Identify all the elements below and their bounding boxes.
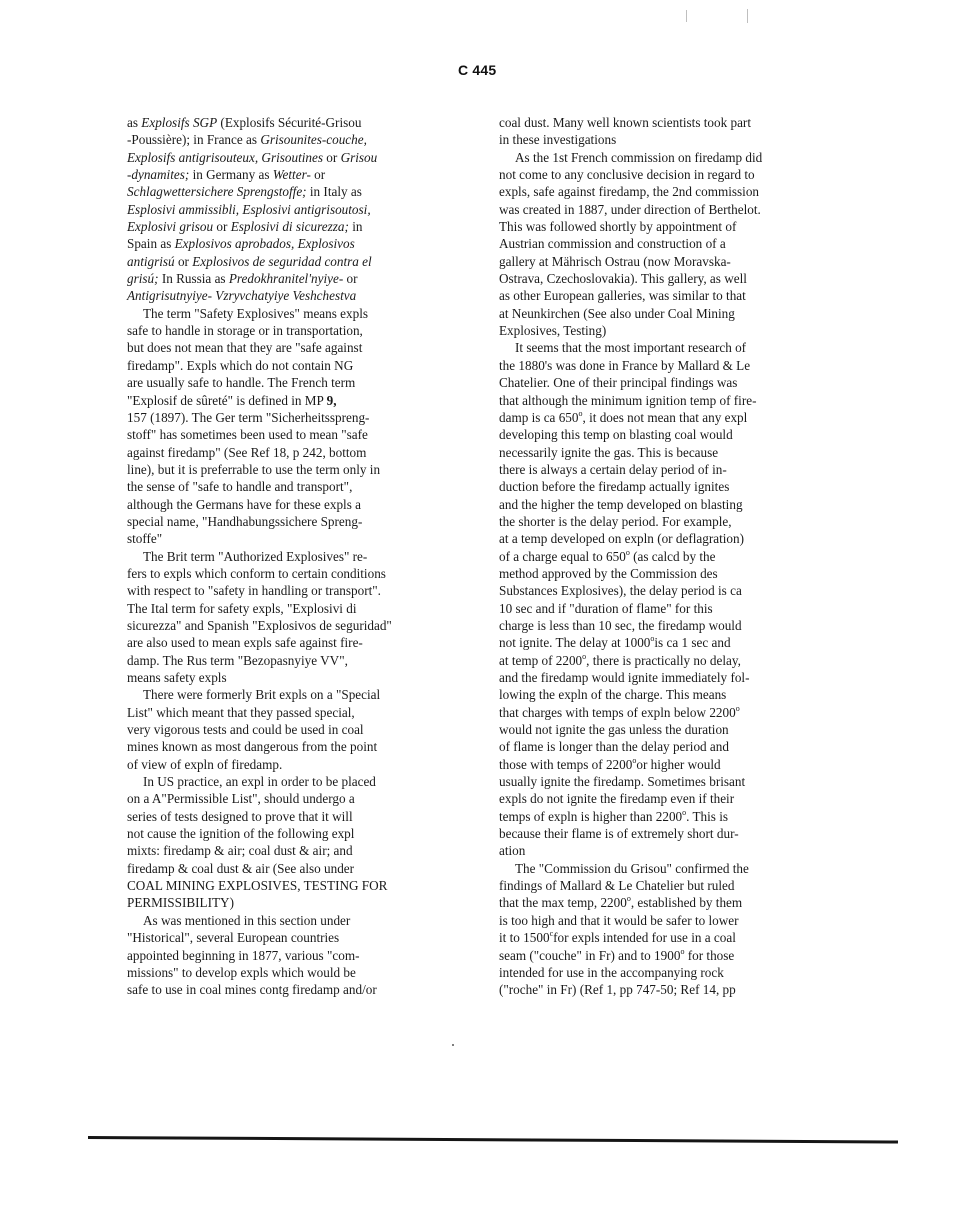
text-line: List" which meant that they passed speci… — [127, 704, 467, 721]
text-line: firedamp & coal dust & air (See also und… — [127, 860, 467, 877]
text-segment: as other European galleries, was similar… — [499, 288, 746, 303]
text-segment: at temp of 2200 — [499, 653, 582, 668]
text-segment: -dynamites; — [127, 167, 189, 182]
text-segment: "Explosif de sûreté" is defined in MP — [127, 393, 327, 408]
text-segment: not ignite. The delay at 1000 — [499, 635, 650, 650]
text-line: It seems that the most important researc… — [499, 339, 835, 356]
text-segment: damp is ca 650 — [499, 410, 578, 425]
text-segment: on a A"Permissible List", should undergo… — [127, 791, 355, 806]
text-line: COAL MINING EXPLOSIVES, TESTING FOR — [127, 877, 467, 894]
text-segment: Grisounites-couche, — [260, 132, 367, 147]
text-segment: The "Commission du Grisou" confirmed the — [515, 861, 749, 876]
text-segment: that charges with temps of expln below 2… — [499, 705, 736, 720]
text-segment: , there is practically no delay, — [586, 653, 741, 668]
text-segment: usually ignite the firedamp. Sometimes b… — [499, 774, 745, 789]
text-line: -Poussière); in France as Grisounites-co… — [127, 131, 467, 148]
text-segment: line), but it is preferrable to use the … — [127, 462, 380, 477]
left-column: as Explosifs SGP (Explosifs Sécurité-Gri… — [127, 114, 467, 999]
text-segment: stoffe" — [127, 531, 162, 546]
text-line: because their flame is of extremely shor… — [499, 825, 835, 842]
text-segment: PERMISSIBILITY) — [127, 895, 234, 910]
text-line: Explosives, Testing) — [499, 322, 835, 339]
text-segment: 10 sec and if "duration of flame" for th… — [499, 601, 713, 616]
text-segment: Austrian commission and construction of … — [499, 236, 726, 251]
text-segment: in — [349, 219, 363, 234]
text-line: that the max temp, 2200o, established by… — [499, 894, 835, 911]
scan-mark — [747, 9, 748, 23]
text-segment: ation — [499, 843, 525, 858]
text-line: the 1880's was done in France by Mallard… — [499, 357, 835, 374]
text-line: at a temp developed on expln (or deflagr… — [499, 530, 835, 547]
text-line: Spain as Explosivos aprobados, Explosivo… — [127, 235, 467, 252]
text-segment: or — [311, 167, 325, 182]
text-segment: antigrisú — [127, 254, 175, 269]
text-segment: The term "Safety Explosives" means expls — [143, 306, 368, 321]
text-segment: Predokhranitel'nyiye- — [229, 271, 343, 286]
text-segment: special name, "Handhabungssichere Spreng… — [127, 514, 362, 529]
text-segment: (as calcd by the — [630, 549, 716, 564]
text-line: There were formerly Brit expls on a "Spe… — [127, 686, 467, 703]
text-segment: for those — [684, 948, 734, 963]
scan-mark — [686, 10, 687, 22]
text-line: damp is ca 650o, it does not mean that a… — [499, 409, 835, 426]
text-line: would not ignite the gas unless the dura… — [499, 721, 835, 738]
bottom-rule — [88, 1136, 898, 1144]
text-line: at temp of 2200o, there is practically n… — [499, 652, 835, 669]
text-line: ("roche" in Fr) (Ref 1, pp 747-50; Ref 1… — [499, 981, 835, 998]
text-line: firedamp". Expls which do not contain NG — [127, 357, 467, 374]
text-line: The term "Safety Explosives" means expls — [127, 305, 467, 322]
text-line: The "Commission du Grisou" confirmed the — [499, 860, 835, 877]
text-segment: Antigrisutnyiye- Vzryvchatyiye Veshchest… — [127, 288, 356, 303]
text-segment: or — [343, 271, 357, 286]
text-segment: 157 (1897). The Ger term "Sicherheitsspr… — [127, 410, 369, 425]
text-segment: series of tests designed to prove that i… — [127, 809, 353, 824]
text-segment: developing this temp on blasting coal wo… — [499, 427, 733, 442]
text-segment: temps of expln is higher than 2200 — [499, 809, 682, 824]
text-segment: firedamp & coal dust & air (See also und… — [127, 861, 354, 876]
text-line: not come to any conclusive decision in r… — [499, 166, 835, 183]
text-segment: missions" to develop expls which would b… — [127, 965, 356, 980]
text-segment: This was followed shortly by appointment… — [499, 219, 736, 234]
text-line: findings of Mallard & Le Chatelier but r… — [499, 877, 835, 894]
text-line: The Brit term "Authorized Explosives" re… — [127, 548, 467, 565]
text-line: missions" to develop expls which would b… — [127, 964, 467, 981]
text-segment: necessarily ignite the gas. This is beca… — [499, 445, 718, 460]
text-segment: gallery at Mährisch Ostrau (now Moravska… — [499, 254, 731, 269]
text-line: grisú; In Russia as Predokhranitel'nyiye… — [127, 270, 467, 287]
text-line: charge is less than 10 sec, the firedamp… — [499, 617, 835, 634]
text-segment: Grisou — [341, 150, 378, 165]
text-segment: sicurezza" and Spanish "Explosivos de se… — [127, 618, 392, 633]
text-segment: Ostrava, Czechoslovakia). This gallery, … — [499, 271, 747, 286]
text-segment: expls, safe against firedamp, the 2nd co… — [499, 184, 759, 199]
text-segment: "Historical", several European countries — [127, 930, 339, 945]
text-line: duction before the firedamp actually ign… — [499, 478, 835, 495]
text-segment: the sense of "safe to handle and transpo… — [127, 479, 352, 494]
text-line: As the 1st French commission on firedamp… — [499, 149, 835, 166]
page-number: C 445 — [458, 62, 496, 78]
text-segment: coal dust. Many well known scientists to… — [499, 115, 751, 130]
text-line: with respect to "safety in handling or t… — [127, 582, 467, 599]
text-segment: duction before the firedamp actually ign… — [499, 479, 729, 494]
text-segment: Explosives, Testing) — [499, 323, 606, 338]
text-line: was created in 1887, under direction of … — [499, 201, 835, 218]
text-segment: are also used to mean expls safe against… — [127, 635, 363, 650]
text-segment: COAL MINING EXPLOSIVES, TESTING FOR — [127, 878, 387, 893]
text-line: temps of expln is higher than 2200o. Thi… — [499, 808, 835, 825]
text-line: 10 sec and if "duration of flame" for th… — [499, 600, 835, 617]
text-line: fers to expls which conform to certain c… — [127, 565, 467, 582]
text-line: damp. The Rus term "Bezopasnyiye VV", — [127, 652, 467, 669]
text-segment: ("roche" in Fr) (Ref 1, pp 747-50; Ref 1… — [499, 982, 736, 997]
text-line: it to 1500cfor expls intended for use in… — [499, 929, 835, 946]
text-segment: It seems that the most important researc… — [515, 340, 746, 355]
text-segment: (Explosifs Sécurité-Grisou — [217, 115, 361, 130]
text-segment: grisú; — [127, 271, 159, 286]
text-line: Substances Explosives), the delay period… — [499, 582, 835, 599]
text-line: antigrisú or Explosivos de seguridad con… — [127, 253, 467, 270]
text-segment: at a temp developed on expln (or deflagr… — [499, 531, 744, 546]
text-segment: Substances Explosives), the delay period… — [499, 583, 742, 598]
text-line: lowing the expln of the charge. This mea… — [499, 686, 835, 703]
text-line: developing this temp on blasting coal wo… — [499, 426, 835, 443]
text-segment: is too high and that it would be safer t… — [499, 913, 739, 928]
text-line: sicurezza" and Spanish "Explosivos de se… — [127, 617, 467, 634]
text-segment: or — [213, 219, 231, 234]
text-line: mixts: firedamp & air; coal dust & air; … — [127, 842, 467, 859]
degree-mark: o — [736, 704, 740, 713]
text-segment: safe to use in coal mines contg firedamp… — [127, 982, 377, 997]
text-segment: of flame is longer than the delay period… — [499, 739, 729, 754]
text-segment: Esplosivi di sicurezza; — [231, 219, 349, 234]
text-segment: appointed beginning in 1877, various "co… — [127, 948, 359, 963]
text-line: line), but it is preferrable to use the … — [127, 461, 467, 478]
text-line: are usually safe to handle. The French t… — [127, 374, 467, 391]
text-line: and the firedamp would ignite immediatel… — [499, 669, 835, 686]
text-line: intended for use in the accompanying roc… — [499, 964, 835, 981]
text-line: 157 (1897). The Ger term "Sicherheitsspr… — [127, 409, 467, 426]
text-line: but does not mean that they are "safe ag… — [127, 339, 467, 356]
text-segment: Explosivos aprobados, Explosivos — [175, 236, 355, 251]
text-segment: . This is — [686, 809, 728, 824]
text-segment: of view of expln of firedamp. — [127, 757, 282, 772]
text-line: method approved by the Commission des — [499, 565, 835, 582]
text-segment: mines known as most dangerous from the p… — [127, 739, 377, 754]
text-segment: Wetter- — [273, 167, 311, 182]
text-segment: seam ("couche" in Fr) and to 1900 — [499, 948, 680, 963]
text-line: although the Germans have for these expl… — [127, 496, 467, 513]
text-segment: In US practice, an expl in order to be p… — [143, 774, 376, 789]
text-line: Schlagwettersichere Sprengstoffe; in Ita… — [127, 183, 467, 200]
text-segment: there is always a certain delay period o… — [499, 462, 727, 477]
text-segment: Explosifs antigrisouteux, Grisoutines — [127, 150, 323, 165]
text-line: In US practice, an expl in order to be p… — [127, 773, 467, 790]
text-segment: method approved by the Commission des — [499, 566, 718, 581]
text-segment: or — [175, 254, 193, 269]
text-line: usually ignite the firedamp. Sometimes b… — [499, 773, 835, 790]
text-segment: those with temps of 2200 — [499, 757, 632, 772]
text-segment: and the firedamp would ignite immediatel… — [499, 670, 750, 685]
text-line: Explosivi grisou or Esplosivi di sicurez… — [127, 218, 467, 235]
text-line: "Historical", several European countries — [127, 929, 467, 946]
text-segment: for expls intended for use in a coal — [553, 930, 736, 945]
text-segment: the shorter is the delay period. For exa… — [499, 514, 732, 529]
text-segment: firedamp". Expls which do not contain NG — [127, 358, 353, 373]
text-segment: with respect to "safety in handling or t… — [127, 583, 381, 598]
right-column: coal dust. Many well known scientists to… — [499, 114, 835, 999]
text-segment: it to 1500 — [499, 930, 550, 945]
text-line: Chatelier. One of their principal findin… — [499, 374, 835, 391]
text-line: appointed beginning in 1877, various "co… — [127, 947, 467, 964]
text-segment: because their flame is of extremely shor… — [499, 826, 739, 841]
text-line: Esplosivi ammissibli, Esplosivi antigris… — [127, 201, 467, 218]
text-line: that charges with temps of expln below 2… — [499, 704, 835, 721]
text-line: as Explosifs SGP (Explosifs Sécurité-Gri… — [127, 114, 467, 131]
scan-speck — [452, 1044, 454, 1046]
text-segment: although the Germans have for these expl… — [127, 497, 361, 512]
text-segment: would not ignite the gas unless the dura… — [499, 722, 729, 737]
text-segment: In Russia as — [159, 271, 229, 286]
text-line: against firedamp" (See Ref 18, p 242, bo… — [127, 444, 467, 461]
text-line: expls, safe against firedamp, the 2nd co… — [499, 183, 835, 200]
text-segment: damp. The Rus term "Bezopasnyiye VV", — [127, 653, 348, 668]
text-line: -dynamites; in Germany as Wetter- or — [127, 166, 467, 183]
text-segment: very vigorous tests and could be used in… — [127, 722, 364, 737]
text-segment: Explosifs SGP — [141, 115, 217, 130]
text-line: seam ("couche" in Fr) and to 1900o for t… — [499, 947, 835, 964]
text-segment: at Neunkirchen (See also under Coal Mini… — [499, 306, 735, 321]
text-segment: was created in 1887, under direction of … — [499, 202, 761, 217]
text-segment: mixts: firedamp & air; coal dust & air; … — [127, 843, 353, 858]
text-line: is too high and that it would be safer t… — [499, 912, 835, 929]
text-segment: that the max temp, 2200 — [499, 895, 627, 910]
text-line: expls do not ignite the firedamp even if… — [499, 790, 835, 807]
text-segment: Schlagwettersichere Sprengstoffe; — [127, 184, 307, 199]
text-segment: is ca 1 sec and — [654, 635, 730, 650]
text-segment: Esplosivi ammissibli, Esplosivi antigris… — [127, 202, 371, 217]
text-segment: 9, — [327, 393, 337, 408]
text-line: of view of expln of firedamp. — [127, 756, 467, 773]
text-segment: the 1880's was done in France by Mallard… — [499, 358, 750, 373]
text-line: those with temps of 2200oor higher would — [499, 756, 835, 773]
text-line: the shorter is the delay period. For exa… — [499, 513, 835, 530]
text-segment: or — [323, 150, 341, 165]
text-segment: The Brit term "Authorized Explosives" re… — [143, 549, 367, 564]
text-segment: or higher would — [636, 757, 720, 772]
text-line: Austrian commission and construction of … — [499, 235, 835, 252]
text-segment: There were formerly Brit expls on a "Spe… — [143, 687, 380, 702]
text-segment: not come to any conclusive decision in r… — [499, 167, 755, 182]
text-line: "Explosif de sûreté" is defined in MP 9, — [127, 392, 467, 409]
text-segment: intended for use in the accompanying roc… — [499, 965, 724, 980]
text-line: series of tests designed to prove that i… — [127, 808, 467, 825]
text-line: very vigorous tests and could be used in… — [127, 721, 467, 738]
text-line: necessarily ignite the gas. This is beca… — [499, 444, 835, 461]
text-line: and the higher the temp developed on bla… — [499, 496, 835, 513]
text-line: stoffe" — [127, 530, 467, 547]
text-line: This was followed shortly by appointment… — [499, 218, 835, 235]
text-segment: Spain as — [127, 236, 175, 251]
text-segment: List" which meant that they passed speci… — [127, 705, 355, 720]
text-segment: , established by them — [631, 895, 742, 910]
text-line: in these investigations — [499, 131, 835, 148]
text-segment: and the higher the temp developed on bla… — [499, 497, 743, 512]
text-segment: of a charge equal to 650 — [499, 549, 626, 564]
text-line: safe to use in coal mines contg firedamp… — [127, 981, 467, 998]
text-line: not cause the ignition of the following … — [127, 825, 467, 842]
text-segment: means safety expls — [127, 670, 227, 685]
text-line: special name, "Handhabungssichere Spreng… — [127, 513, 467, 530]
text-segment: As was mentioned in this section under — [143, 913, 350, 928]
text-line: Antigrisutnyiye- Vzryvchatyiye Veshchest… — [127, 287, 467, 304]
text-segment: charge is less than 10 sec, the firedamp… — [499, 618, 742, 633]
text-line: means safety expls — [127, 669, 467, 686]
text-line: The Ital term for safety expls, "Explosi… — [127, 600, 467, 617]
text-segment: but does not mean that they are "safe ag… — [127, 340, 362, 355]
text-line: of flame is longer than the delay period… — [499, 738, 835, 755]
text-line: gallery at Mährisch Ostrau (now Moravska… — [499, 253, 835, 270]
text-segment: lowing the expln of the charge. This mea… — [499, 687, 726, 702]
text-line: PERMISSIBILITY) — [127, 894, 467, 911]
text-segment: that although the minimum ignition temp … — [499, 393, 756, 408]
text-segment: safe to handle in storage or in transpor… — [127, 323, 363, 338]
text-line: As was mentioned in this section under — [127, 912, 467, 929]
text-segment: -Poussière); in France as — [127, 132, 260, 147]
text-line: Ostrava, Czechoslovakia). This gallery, … — [499, 270, 835, 287]
text-line: there is always a certain delay period o… — [499, 461, 835, 478]
text-segment: against firedamp" (See Ref 18, p 242, bo… — [127, 445, 366, 460]
text-line: at Neunkirchen (See also under Coal Mini… — [499, 305, 835, 322]
text-line: safe to handle in storage or in transpor… — [127, 322, 467, 339]
text-line: on a A"Permissible List", should undergo… — [127, 790, 467, 807]
text-segment: not cause the ignition of the following … — [127, 826, 354, 841]
text-line: not ignite. The delay at 1000ois ca 1 se… — [499, 634, 835, 651]
text-segment: Explosivi grisou — [127, 219, 213, 234]
text-segment: findings of Mallard & Le Chatelier but r… — [499, 878, 734, 893]
text-line: as other European galleries, was similar… — [499, 287, 835, 304]
text-segment: fers to expls which conform to certain c… — [127, 566, 386, 581]
text-line: Explosifs antigrisouteux, Grisoutines or… — [127, 149, 467, 166]
text-segment: in Italy as — [307, 184, 362, 199]
text-segment: Chatelier. One of their principal findin… — [499, 375, 737, 390]
text-line: mines known as most dangerous from the p… — [127, 738, 467, 755]
text-segment: in Germany as — [189, 167, 273, 182]
text-line: ation — [499, 842, 835, 859]
text-line: of a charge equal to 650o (as calcd by t… — [499, 548, 835, 565]
text-segment: The Ital term for safety expls, "Explosi… — [127, 601, 357, 616]
text-segment: Explosivos de seguridad contra el — [192, 254, 371, 269]
text-segment: as — [127, 115, 141, 130]
text-segment: stoff" has sometimes been used to mean "… — [127, 427, 368, 442]
text-segment: in these investigations — [499, 132, 616, 147]
text-line: coal dust. Many well known scientists to… — [499, 114, 835, 131]
text-segment: expls do not ignite the firedamp even if… — [499, 791, 734, 806]
text-line: are also used to mean expls safe against… — [127, 634, 467, 651]
text-line: stoff" has sometimes been used to mean "… — [127, 426, 467, 443]
text-line: that although the minimum ignition temp … — [499, 392, 835, 409]
text-segment: As the 1st French commission on firedamp… — [515, 150, 762, 165]
text-line: the sense of "safe to handle and transpo… — [127, 478, 467, 495]
text-segment: are usually safe to handle. The French t… — [127, 375, 355, 390]
text-segment: , it does not mean that any expl — [582, 410, 747, 425]
